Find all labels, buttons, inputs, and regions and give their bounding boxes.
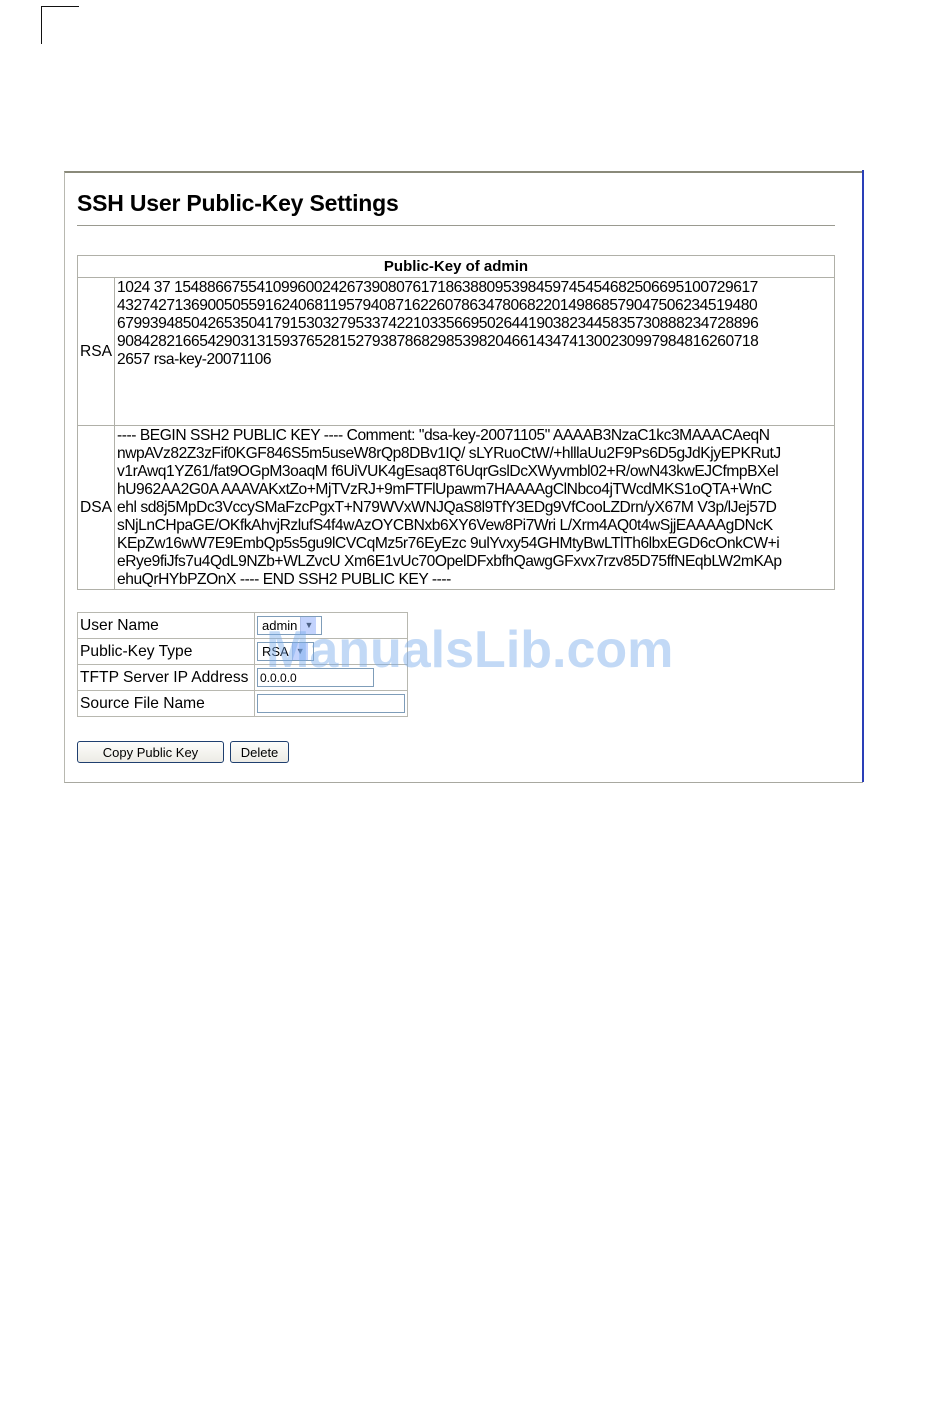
key-type-rsa: RSA xyxy=(78,278,115,426)
key-line: ---- BEGIN SSH2 PUBLIC KEY ---- Comment:… xyxy=(117,427,832,445)
user-name-value: admin xyxy=(262,618,297,633)
key-type-select[interactable]: RSA ▼ xyxy=(257,642,314,661)
user-name-select[interactable]: admin ▼ xyxy=(257,616,322,635)
key-type-value: RSA xyxy=(262,644,289,659)
crop-mark-horizontal xyxy=(41,6,79,7)
key-line: sNjLnCHpaGE/OKfkAhvjRzlufS4f4wAzOYCBNxb6… xyxy=(117,517,832,535)
settings-panel: SSH User Public-Key Settings Public-Key … xyxy=(64,171,863,783)
dsa-key-value: ---- BEGIN SSH2 PUBLIC KEY ---- Comment:… xyxy=(115,426,835,590)
chevron-down-icon[interactable]: ▼ xyxy=(300,617,316,634)
form-row-tftp-ip: TFTP Server IP Address xyxy=(78,665,408,691)
delete-button[interactable]: Delete xyxy=(230,741,289,763)
key-line: eRye9fiJfs7u4QdL9NZb+WLZvcU Xm6E1vUc70Op… xyxy=(117,553,832,571)
key-line: 9084282166542903131593765281527938786829… xyxy=(117,333,832,351)
page-title: SSH User Public-Key Settings xyxy=(77,190,399,217)
form-row-user-name: User Name admin ▼ xyxy=(78,613,408,639)
form-row-source-file: Source File Name xyxy=(78,691,408,717)
source-file-label: Source File Name xyxy=(78,691,255,717)
key-type-dsa: DSA xyxy=(78,426,115,590)
key-line: 4327427136900505591624068119579408716226… xyxy=(117,297,832,315)
key-line: hU962AA2G0A AAAVAKxtZo+MjTVzRJ+9mFTFlUpa… xyxy=(117,481,832,499)
public-key-table-header: Public-Key of admin xyxy=(78,256,835,278)
key-line: 1024 37 15488667554109960024267390807617… xyxy=(117,279,832,297)
user-name-label: User Name xyxy=(78,613,255,639)
key-line: ehuQrHYbPZOnX ---- END SSH2 PUBLIC KEY -… xyxy=(117,571,832,589)
key-line: v1rAwq1YZ61/fat9OGpM3oaqM f6UiVUK4gEsaq8… xyxy=(117,463,832,481)
chevron-down-icon[interactable]: ▼ xyxy=(292,643,308,660)
public-key-table: Public-Key of admin RSA 1024 37 15488667… xyxy=(77,255,835,590)
crop-mark-vertical xyxy=(41,6,42,44)
key-type-label: Public-Key Type xyxy=(78,639,255,665)
table-row: RSA 1024 37 1548866755410996002426739080… xyxy=(78,278,835,426)
form-row-key-type: Public-Key Type RSA ▼ xyxy=(78,639,408,665)
copy-key-form: User Name admin ▼ Public-Key Type RSA ▼ … xyxy=(77,612,408,717)
tftp-ip-input[interactable] xyxy=(257,668,374,687)
source-file-input[interactable] xyxy=(257,694,405,713)
copy-public-key-button[interactable]: Copy Public Key xyxy=(77,741,224,763)
key-line: 2657 rsa-key-20071106 xyxy=(117,351,832,369)
panel-right-border xyxy=(862,170,864,782)
key-line: KEpZw16wW7E9EmbQp5s5gu9lCVCqMz5r76EyEzc … xyxy=(117,535,832,553)
key-line: nwpAVz82Z3zFif0KGF846S5m5useW8rQp8DBv1IQ… xyxy=(117,445,832,463)
table-row: DSA ---- BEGIN SSH2 PUBLIC KEY ---- Comm… xyxy=(78,426,835,590)
tftp-ip-label: TFTP Server IP Address xyxy=(78,665,255,691)
key-line: 6799394850426535041791530327953374221033… xyxy=(117,315,832,333)
key-line: ehl sd8j5MpDc3VccySMaFzcPgxT+N79WVxWNJQa… xyxy=(117,499,832,517)
rsa-key-value: 1024 37 15488667554109960024267390807617… xyxy=(115,278,835,426)
title-divider xyxy=(77,225,835,226)
